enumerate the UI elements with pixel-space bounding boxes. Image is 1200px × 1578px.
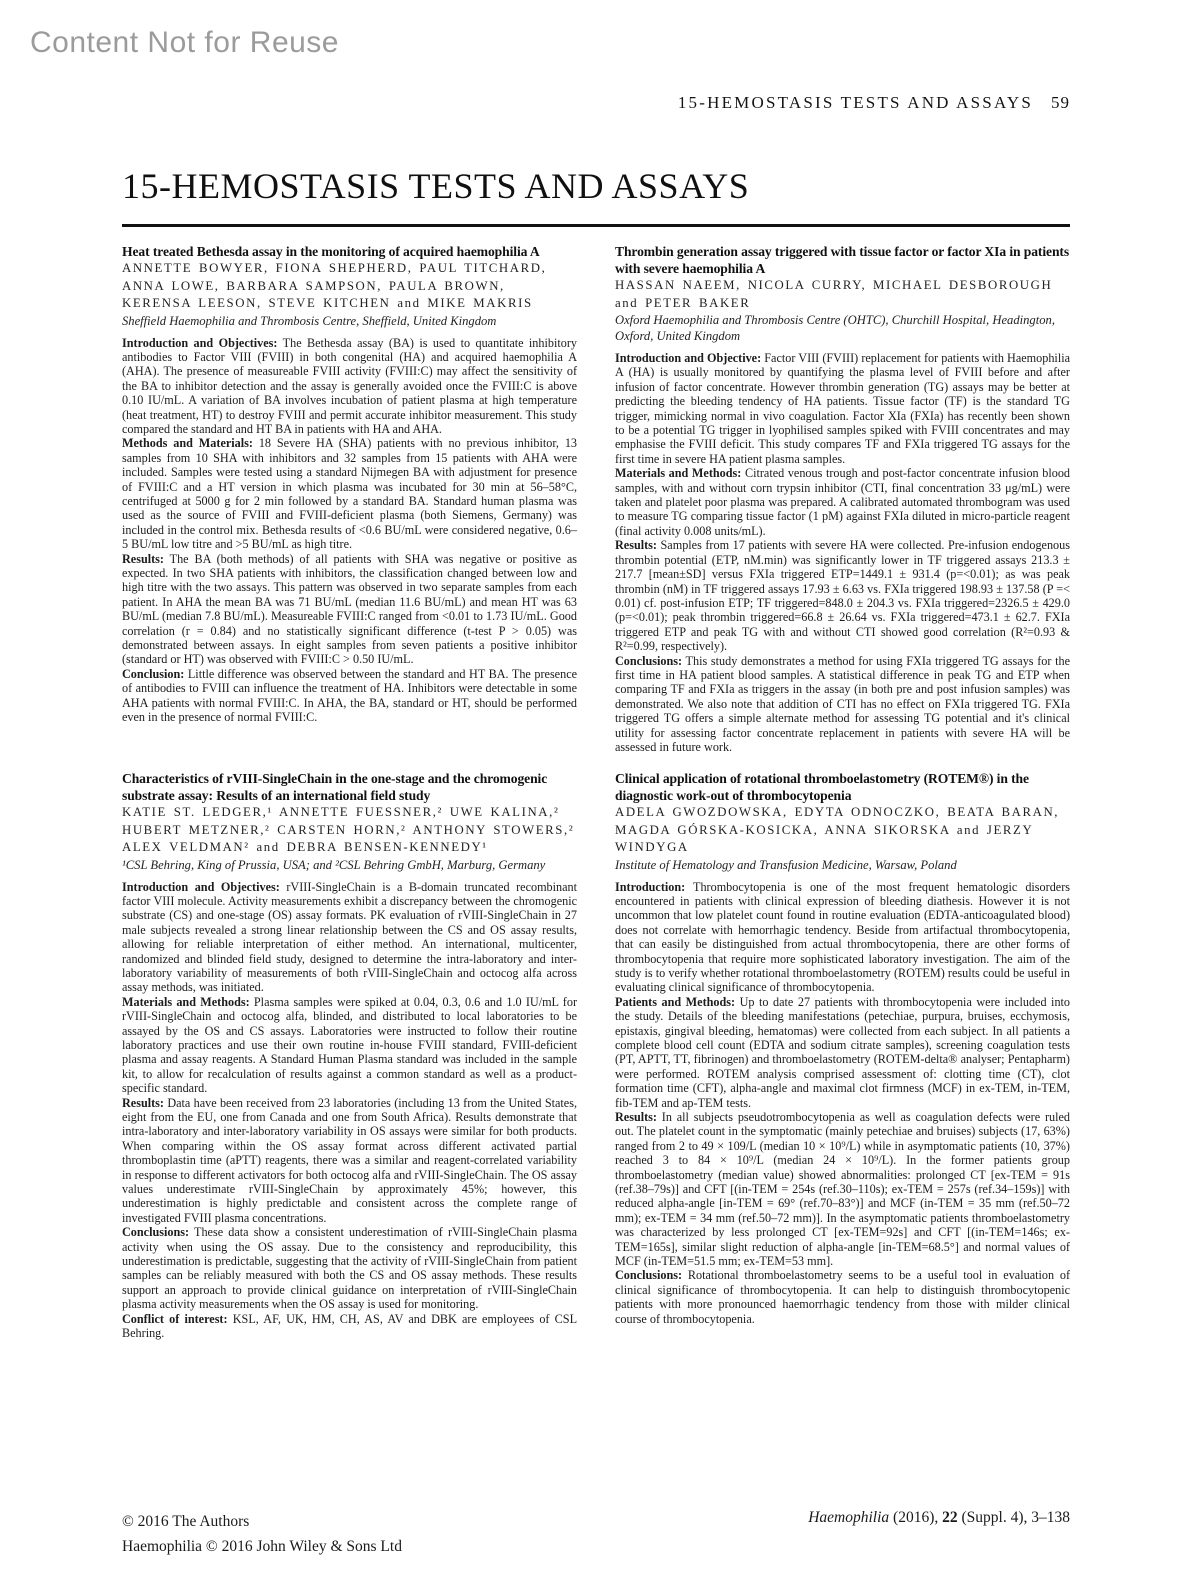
paragraph-text: Thrombocytopenia is one of the most freq… xyxy=(615,880,1070,995)
paragraph-text: This study demonstrates a method for usi… xyxy=(615,654,1070,754)
footer-citation-year: (2016), xyxy=(889,1509,942,1526)
paragraph-text: Data have been received from 23 laborato… xyxy=(122,1096,577,1225)
paragraph-label: Conflict of interest: xyxy=(122,1312,228,1326)
abstract-title: Clinical application of rotational throm… xyxy=(615,770,1070,804)
paragraph-label: Results: xyxy=(615,1110,657,1124)
abstract-rviii-singlechain: Characteristics of rVIII-SingleChain in … xyxy=(122,770,577,1341)
abstract-title: Characteristics of rVIII-SingleChain in … xyxy=(122,770,577,804)
footer-citation-volume: 22 xyxy=(942,1509,958,1526)
paragraph-text: The BA (both methods) of all patients wi… xyxy=(122,552,577,667)
abstract-paragraph: Introduction and Objectives: The Bethesd… xyxy=(122,336,577,437)
abstract-authors: ANNETTE BOWYER, FIONA SHEPHERD, PAUL TIT… xyxy=(122,260,577,313)
paragraph-label: Conclusions: xyxy=(615,654,682,668)
paragraph-label: Introduction: xyxy=(615,880,685,894)
two-column-content: Heat treated Bethesda assay in the monit… xyxy=(122,243,1070,1341)
abstract-paragraph: Conclusions: These data show a consisten… xyxy=(122,1225,577,1311)
abstract-authors: ADELA GWOZDOWSKA, EDYTA ODNOCZKO, BEATA … xyxy=(615,804,1070,857)
paragraph-label: Results: xyxy=(615,538,657,552)
paragraph-label: Introduction and Objectives: xyxy=(122,880,280,894)
paragraph-text: In all subjects pseudotrombocytopenia as… xyxy=(615,1110,1070,1268)
paragraph-label: Conclusion: xyxy=(122,667,184,681)
abstract-paragraph: Conclusions: This study demonstrates a m… xyxy=(615,654,1070,755)
abstract-thrombin-generation: Thrombin generation assay triggered with… xyxy=(615,243,1070,770)
paragraph-text: Plasma samples were spiked at 0.04, 0.3,… xyxy=(122,995,577,1095)
journal-page: { "watermark": "Content Not for Reuse", … xyxy=(0,0,1200,1578)
abstract-affiliation: Sheffield Haemophilia and Thrombosis Cen… xyxy=(122,313,577,329)
abstract-authors: HASSAN NAEEM, NICOLA CURRY, MICHAEL DESB… xyxy=(615,277,1070,312)
abstract-paragraph: Results: Samples from 17 patients with s… xyxy=(615,538,1070,653)
paragraph-text: The Bethesda assay (BA) is used to quant… xyxy=(122,336,577,436)
paragraph-label: Materials and Methods: xyxy=(122,995,250,1009)
footer-journal-name: Haemophilia xyxy=(808,1509,889,1526)
abstract-paragraph: Introduction and Objectives: rVIII-Singl… xyxy=(122,880,577,995)
abstract-paragraph: Introduction: Thrombocytopenia is one of… xyxy=(615,880,1070,995)
abstract-rotem: Clinical application of rotational throm… xyxy=(615,770,1070,1326)
paragraph-label: Materials and Methods: xyxy=(615,466,741,480)
paragraph-label: Conclusions: xyxy=(122,1225,189,1239)
abstract-authors: KATIE ST. LEDGER,¹ ANNETTE FUESSNER,² UW… xyxy=(122,804,577,857)
paragraph-label: Methods and Materials: xyxy=(122,436,253,450)
abstract-bethesda-assay: Heat treated Bethesda assay in the monit… xyxy=(122,243,577,770)
paragraph-label: Introduction and Objectives: xyxy=(122,336,277,350)
abstract-paragraph: Results: The BA (both methods) of all pa… xyxy=(122,552,577,667)
abstract-paragraph: Introduction and Objective: Factor VIII … xyxy=(615,351,1070,466)
abstract-paragraph: Conclusion: Little difference was observ… xyxy=(122,667,577,725)
abstract-affiliation: Institute of Hematology and Transfusion … xyxy=(615,857,1070,873)
watermark-text: Content Not for Reuse xyxy=(30,26,339,60)
paragraph-text: rVIII-SingleChain is a B-domain truncate… xyxy=(122,880,577,995)
abstract-paragraph: Conclusions: Rotational thromboelastomet… xyxy=(615,1268,1070,1326)
paragraph-text: Little difference was observed between t… xyxy=(122,667,577,724)
paragraph-label: Results: xyxy=(122,1096,164,1110)
abstract-affiliation: Oxford Haemophilia and Thrombosis Centre… xyxy=(615,312,1070,344)
paragraph-text: Rotational thromboelastometry seems to b… xyxy=(615,1268,1070,1325)
page-number: 59 xyxy=(1051,93,1070,112)
abstract-paragraph: Materials and Methods: Plasma samples we… xyxy=(122,995,577,1096)
abstract-affiliation: ¹CSL Behring, King of Prussia, USA; and … xyxy=(122,857,577,873)
footer-citation: Haemophilia (2016), 22 (Suppl. 4), 3–138 xyxy=(122,1509,1070,1527)
abstract-title: Heat treated Bethesda assay in the monit… xyxy=(122,243,577,260)
paragraph-label: Conclusions: xyxy=(615,1268,682,1282)
abstract-paragraph: Results: Data have been received from 23… xyxy=(122,1096,577,1226)
paragraph-text: 18 Severe HA (SHA) patients with no prev… xyxy=(122,436,577,551)
abstract-paragraph: Results: In all subjects pseudotrombocyt… xyxy=(615,1110,1070,1268)
title-rule xyxy=(122,224,1070,227)
paragraph-text: Samples from 17 patients with severe HA … xyxy=(615,538,1070,653)
paragraph-label: Results: xyxy=(122,552,164,566)
footer-copyright-line2: Haemophilia © 2016 John Wiley & Sons Ltd xyxy=(122,1534,402,1559)
paragraph-text: These data show a consistent underestima… xyxy=(122,1225,577,1311)
paragraph-label: Introduction and Objective: xyxy=(615,351,761,365)
running-head: 15-HEMOSTASIS TESTS AND ASSAYS59 xyxy=(122,93,1070,113)
footer-citation-pages: (Suppl. 4), 3–138 xyxy=(958,1509,1070,1526)
section-title: 15-HEMOSTASIS TESTS AND ASSAYS xyxy=(122,165,1070,207)
running-head-title: 15-HEMOSTASIS TESTS AND ASSAYS xyxy=(678,93,1033,112)
right-column: Thrombin generation assay triggered with… xyxy=(615,243,1070,1341)
abstract-paragraph: Methods and Materials: 18 Severe HA (SHA… xyxy=(122,436,577,551)
abstract-paragraph: Conflict of interest: KSL, AF, UK, HM, C… xyxy=(122,1312,577,1341)
paragraph-label: Patients and Methods: xyxy=(615,995,735,1009)
left-column: Heat treated Bethesda assay in the monit… xyxy=(122,243,577,1341)
paragraph-text: Up to date 27 patients with thrombocytop… xyxy=(615,995,1070,1110)
paragraph-text: Factor VIII (FVIII) replacement for pati… xyxy=(615,351,1070,466)
abstract-paragraph: Materials and Methods: Citrated venous t… xyxy=(615,466,1070,538)
abstract-title: Thrombin generation assay triggered with… xyxy=(615,243,1070,277)
abstract-paragraph: Patients and Methods: Up to date 27 pati… xyxy=(615,995,1070,1110)
